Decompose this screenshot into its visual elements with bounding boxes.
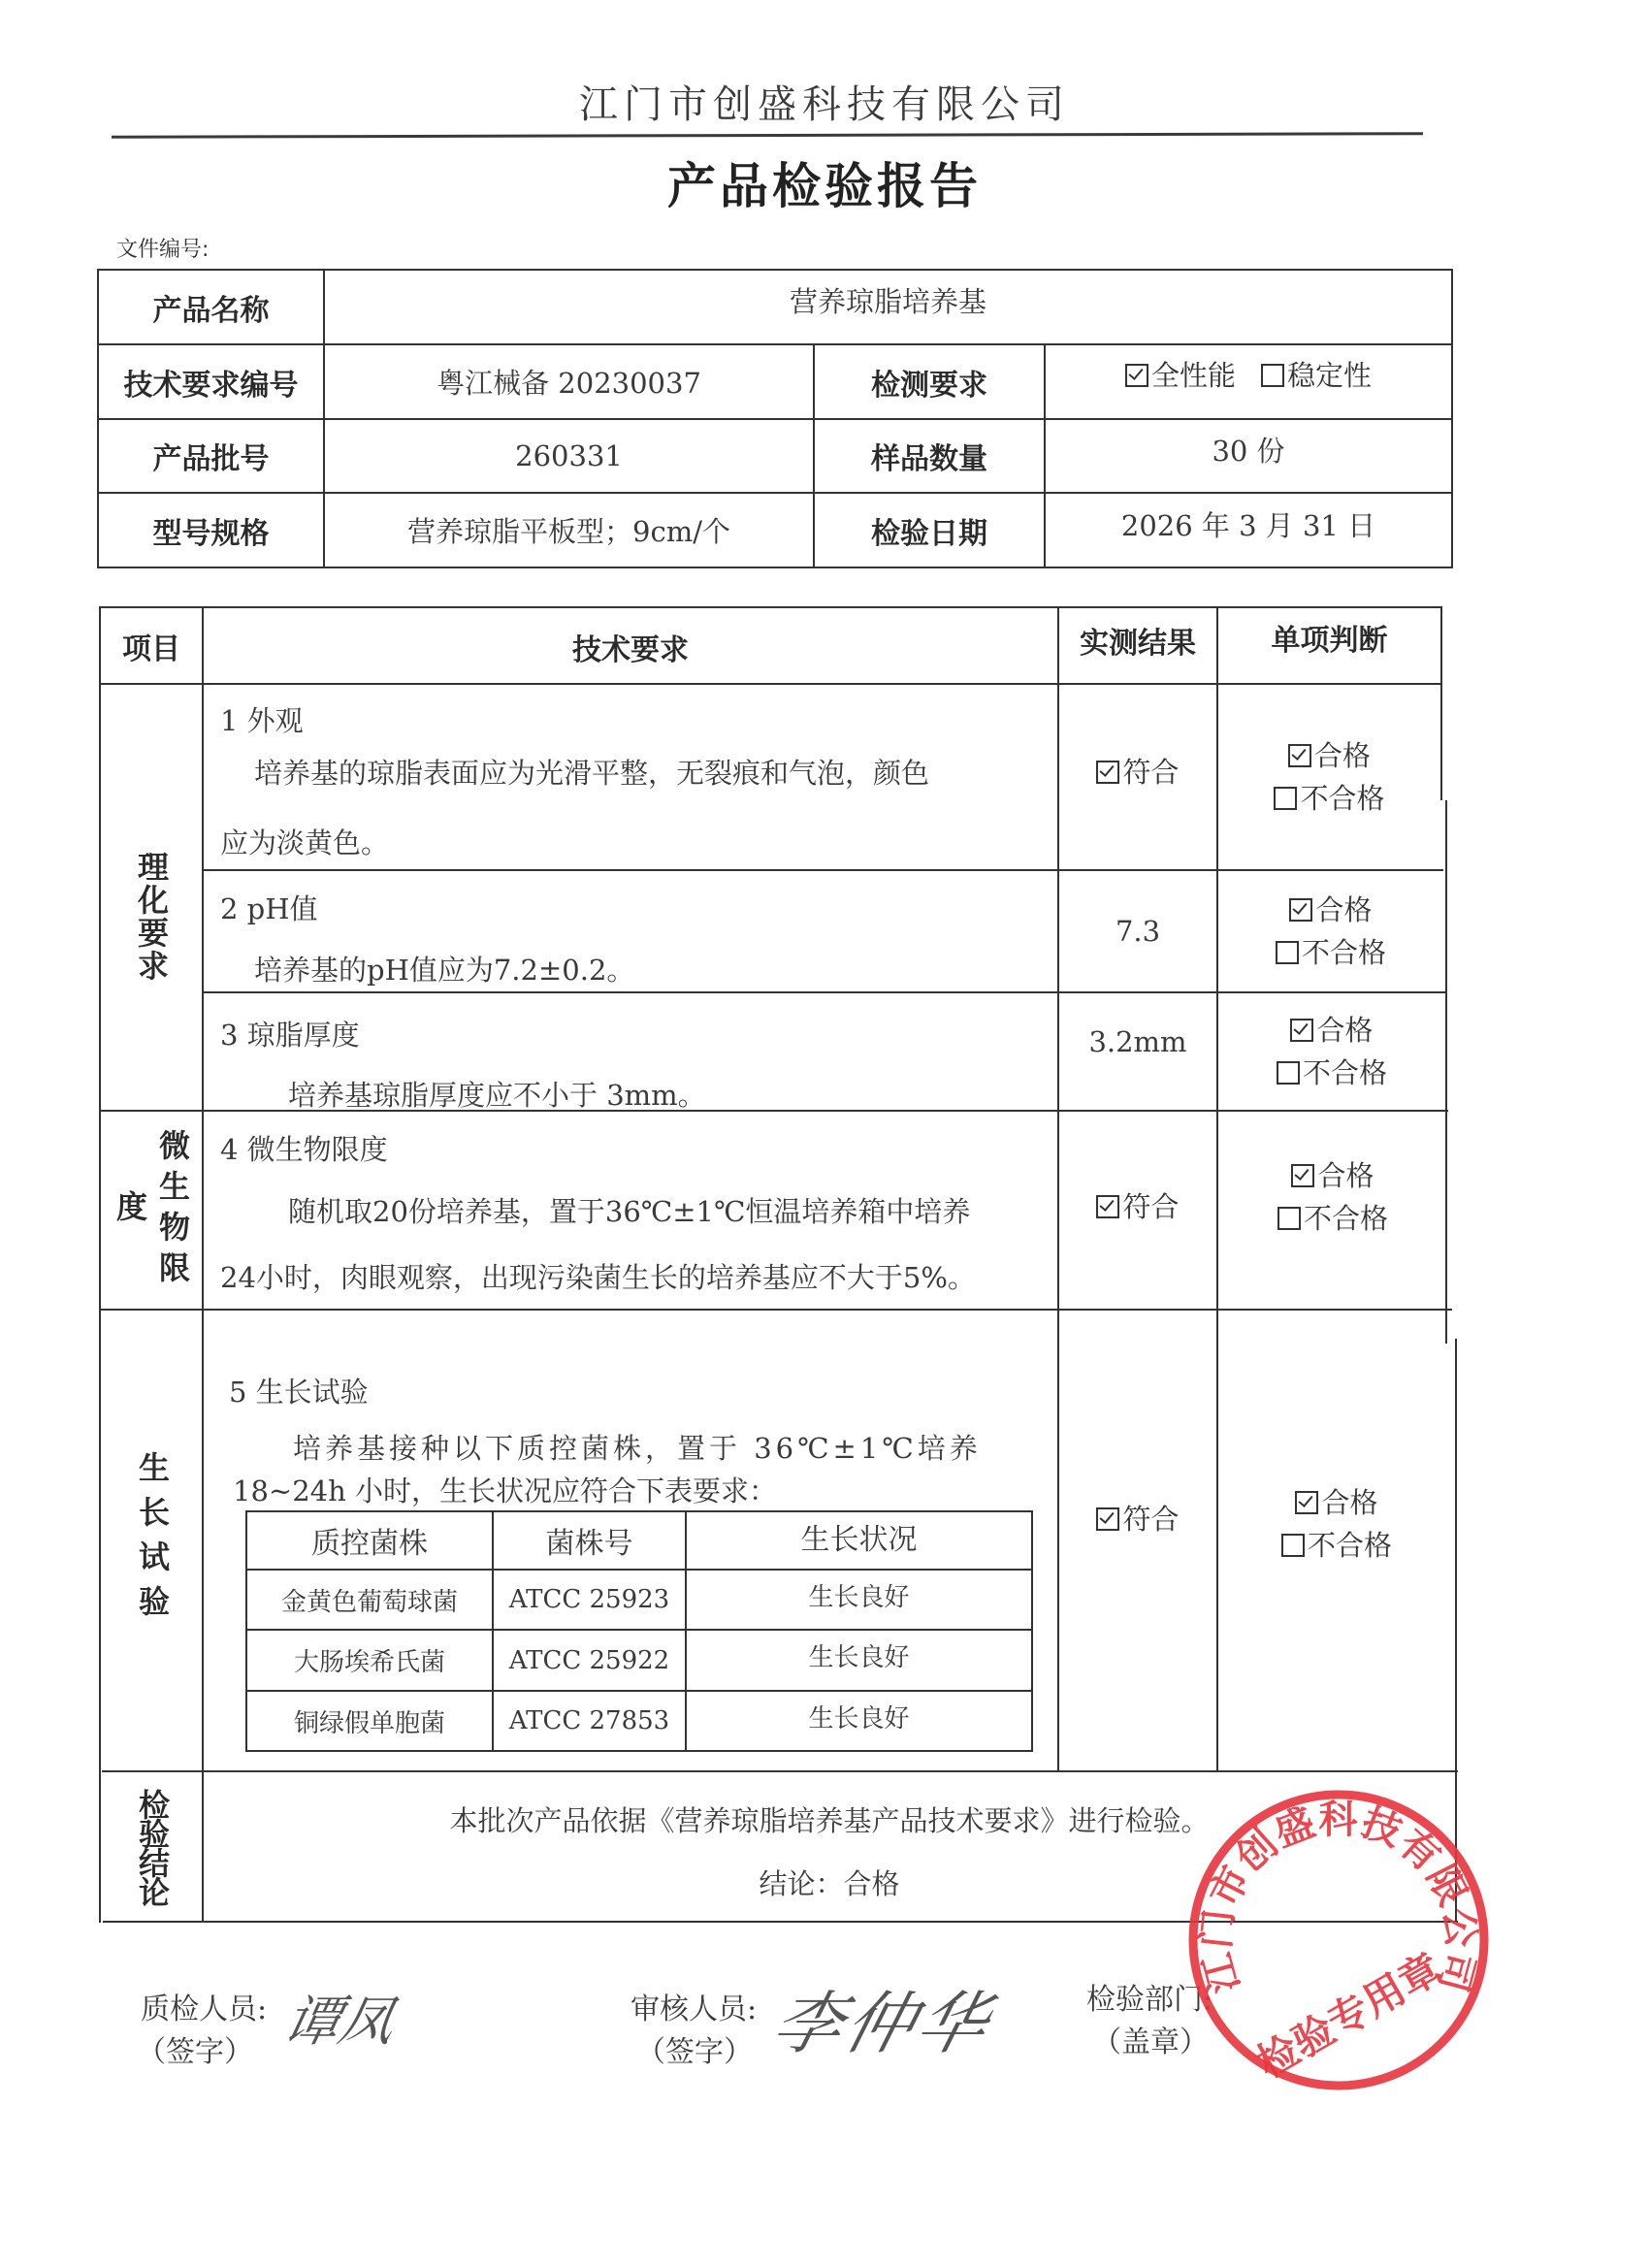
result-table: 项目 技术要求 实测结果 单项判断 理化要求 微生物限度 生长试验 检验结论 1… [0, 0, 1649, 1940]
strain-header-name: 质控菌株 [247, 1512, 492, 1569]
judgement-fail[interactable]: 不合格 [1274, 777, 1384, 820]
judgement-appearance: 合格 不合格 [1218, 685, 1440, 869]
strain-row-id: ATCC 25923 [494, 1571, 685, 1629]
group-label-conclusion: 检验结论 [101, 1772, 204, 1921]
table-border [247, 1750, 1033, 1752]
req-thickness-text: 培养基琼脂厚度应不小于 3mm。 [288, 1079, 706, 1113]
req-appearance-title: 1 外观 [220, 704, 304, 738]
measured-microbial: 符合 [1059, 1112, 1216, 1301]
header-item: 项目 [101, 608, 202, 683]
checkbox-checked-icon [1289, 898, 1312, 922]
req-microbial-text: 随机取20份培养基，置于36℃±1℃恒温培养箱中培养 [288, 1195, 970, 1229]
company-seal: 江门市创盛科技有限公司 检验专用章 [1183, 1785, 1494, 2095]
group-label-growth: 生长试验 [101, 1311, 204, 1770]
req-microbial-title: 4 微生物限度 [220, 1133, 388, 1167]
strain-row-growth: 生长良好 [687, 1692, 1031, 1740]
strain-row-name: 金黄色葡萄球菌 [247, 1571, 492, 1629]
judgement-growth: 合格 不合格 [1218, 1311, 1455, 1737]
checkbox-checked-icon [1291, 1164, 1314, 1187]
header-measured: 实测结果 [1059, 608, 1216, 671]
req-appearance-text-2: 应为淡黄色。 [220, 826, 389, 860]
judgement-fail[interactable]: 不合格 [1277, 1197, 1388, 1240]
judgement-fail[interactable]: 不合格 [1277, 1052, 1387, 1094]
checkbox-empty-icon [1274, 787, 1297, 810]
judgement-pass[interactable]: 合格 [1289, 889, 1372, 931]
judgement-ph: 合格 不合格 [1218, 871, 1443, 991]
inspector-signature: 谭凤 [277, 1979, 403, 2057]
table-border [102, 1770, 1458, 1772]
strain-row-name: 大肠埃希氏菌 [247, 1631, 492, 1690]
strain-row-id: ATCC 25922 [494, 1631, 685, 1690]
reviewer-sub: （签字） [636, 2031, 757, 2074]
judgement-fail[interactable]: 不合格 [1276, 931, 1386, 974]
measured-thickness: 3.2mm [1059, 993, 1216, 1090]
measured-growth: 符合 [1059, 1311, 1216, 1728]
header-requirement: 技术要求 [204, 608, 1057, 686]
checkbox-empty-icon [1281, 1534, 1305, 1557]
checkbox-checked-icon [1290, 1019, 1313, 1042]
req-appearance-text: 培养基的琼脂表面应为光滑平整，无裂痕和气泡，颜色 [254, 757, 929, 791]
req-ph-title: 2 pH值 [220, 892, 318, 926]
seal-icon: 江门市创盛科技有限公司 检验专用章 [1183, 1785, 1494, 2095]
table-border [1031, 1510, 1033, 1752]
judgement-pass[interactable]: 合格 [1295, 1481, 1377, 1524]
group-label-physchem: 理化要求 [101, 834, 202, 999]
group-label-microbial: 微生物限度 [101, 1112, 202, 1310]
checkbox-empty-icon [1277, 1061, 1300, 1085]
header-judgement: 单项判断 [1218, 608, 1440, 666]
judgement-pass[interactable]: 合格 [1288, 734, 1371, 777]
measured-appearance: 符合 [1059, 685, 1216, 859]
strain-row-growth: 生长良好 [687, 1631, 1031, 1679]
inspector-label: 质检人员: [141, 1989, 267, 2031]
req-growth-text: 培养基接种以下质控菌株，置于 36℃±1℃培养 [293, 1432, 982, 1466]
judgement-fail[interactable]: 不合格 [1281, 1524, 1392, 1567]
inspector-sub: （签字） [137, 2031, 267, 2074]
checkbox-empty-icon [1276, 941, 1299, 964]
checkbox-checked-icon [1288, 744, 1311, 767]
checkbox-empty-icon [1277, 1207, 1301, 1230]
judgement-thickness: 合格 不合格 [1218, 993, 1445, 1110]
inspector-signature-block: 质检人员: （签字） [141, 1989, 267, 2074]
judgement-pass[interactable]: 合格 [1290, 1009, 1373, 1052]
strain-header-growth: 生长状况 [687, 1512, 1031, 1561]
strain-header-id: 菌株号 [494, 1512, 685, 1569]
svg-text:江门市创盛科技有限公司: 江门市创盛科技有限公司 [1194, 1798, 1484, 1997]
judgement-microbial: 合格 不合格 [1218, 1112, 1447, 1281]
checkbox-checked-icon [1096, 1195, 1119, 1218]
checkbox-checked-icon [1096, 1507, 1119, 1531]
reviewer-signature: 李仲华 [763, 1969, 1003, 2067]
strain-row-name: 铜绿假单胞菌 [247, 1692, 492, 1750]
req-growth-title: 5 生长试验 [229, 1376, 369, 1409]
checkbox-checked-icon [1295, 1491, 1318, 1514]
req-microbial-text-2: 24小时，肉眼观察，出现污染菌生长的培养基应不大于5%。 [220, 1261, 976, 1295]
req-ph-text: 培养基的pH值应为7.2±0.2。 [254, 954, 634, 988]
table-border [1440, 606, 1442, 800]
req-growth-text-2: 18~24h 小时，生长状况应符合下表要求： [233, 1474, 777, 1508]
reviewer-label: 审核人员: [630, 1989, 757, 2031]
strain-row-id: ATCC 27853 [494, 1692, 685, 1750]
req-thickness-title: 3 琼脂厚度 [220, 1019, 360, 1053]
strain-row-growth: 生长良好 [687, 1571, 1031, 1619]
reviewer-signature-block: 审核人员: （签字） [630, 1989, 757, 2074]
judgement-pass[interactable]: 合格 [1291, 1154, 1374, 1197]
checkbox-checked-icon [1096, 761, 1119, 784]
measured-ph: 7.3 [1059, 871, 1216, 991]
